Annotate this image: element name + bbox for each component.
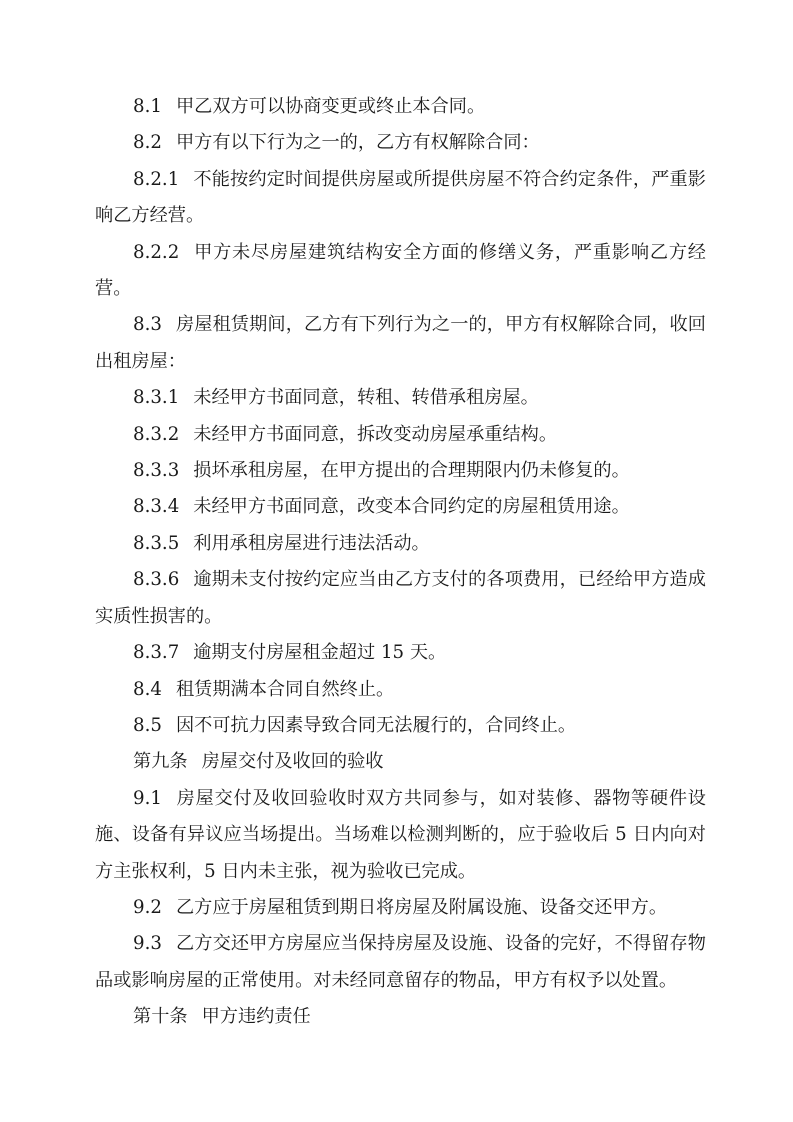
clause-9-2: 9.2乙方应于房屋租赁到期日将房屋及附属设施、设备交还甲方。: [95, 890, 706, 926]
clause-8-3-7: 8.3.7逾期支付房屋租金超过 15 天。: [95, 635, 706, 671]
article-9-heading: 第九条房屋交付及收回的验收: [95, 744, 706, 780]
clause-8-3-2: 8.3.2未经甲方书面同意，拆改变动房屋承重结构。: [95, 417, 706, 453]
clause-8-2: 8.2甲方有以下行为之一的，乙方有权解除合同：: [95, 125, 706, 161]
clause-8-3-6: 8.3.6逾期未支付按约定应当由乙方支付的各项费用，已经给甲方造成实质性损害的。: [95, 562, 706, 635]
clause-9-3: 9.3乙方交还甲方房屋应当保持房屋及设施、设备的完好，不得留存物品或影响房屋的正…: [95, 926, 706, 999]
clause-8-3-4: 8.3.4未经甲方书面同意，改变本合同约定的房屋租赁用途。: [95, 489, 706, 525]
clause-8-1: 8.1甲乙双方可以协商变更或终止本合同。: [95, 89, 706, 125]
clause-8-2-2: 8.2.2甲方未尽房屋建筑结构安全方面的修缮义务，严重影响乙方经营。: [95, 235, 706, 308]
clause-8-5: 8.5因不可抗力因素导致合同无法履行的，合同终止。: [95, 708, 706, 744]
clause-8-2-1: 8.2.1不能按约定时间提供房屋或所提供房屋不符合约定条件，严重影响乙方经营。: [95, 162, 706, 235]
article-10-heading: 第十条甲方违约责任: [95, 999, 706, 1035]
clause-9-1: 9.1房屋交付及收回验收时双方共同参与，如对装修、器物等硬件设施、设备有异议应当…: [95, 781, 706, 890]
clause-8-3-5: 8.3.5利用承租房屋进行违法活动。: [95, 526, 706, 562]
clause-8-3-3: 8.3.3损坏承租房屋，在甲方提出的合理期限内仍未修复的。: [95, 453, 706, 489]
clause-8-4: 8.4租赁期满本合同自然终止。: [95, 672, 706, 708]
clause-8-3: 8.3房屋租赁期间，乙方有下列行为之一的，甲方有权解除合同，收回出租房屋：: [95, 307, 706, 380]
document-page: 8.1甲乙双方可以协商变更或终止本合同。 8.2甲方有以下行为之一的，乙方有权解…: [95, 89, 706, 1036]
clause-8-3-1: 8.3.1未经甲方书面同意，转租、转借承租房屋。: [95, 380, 706, 416]
